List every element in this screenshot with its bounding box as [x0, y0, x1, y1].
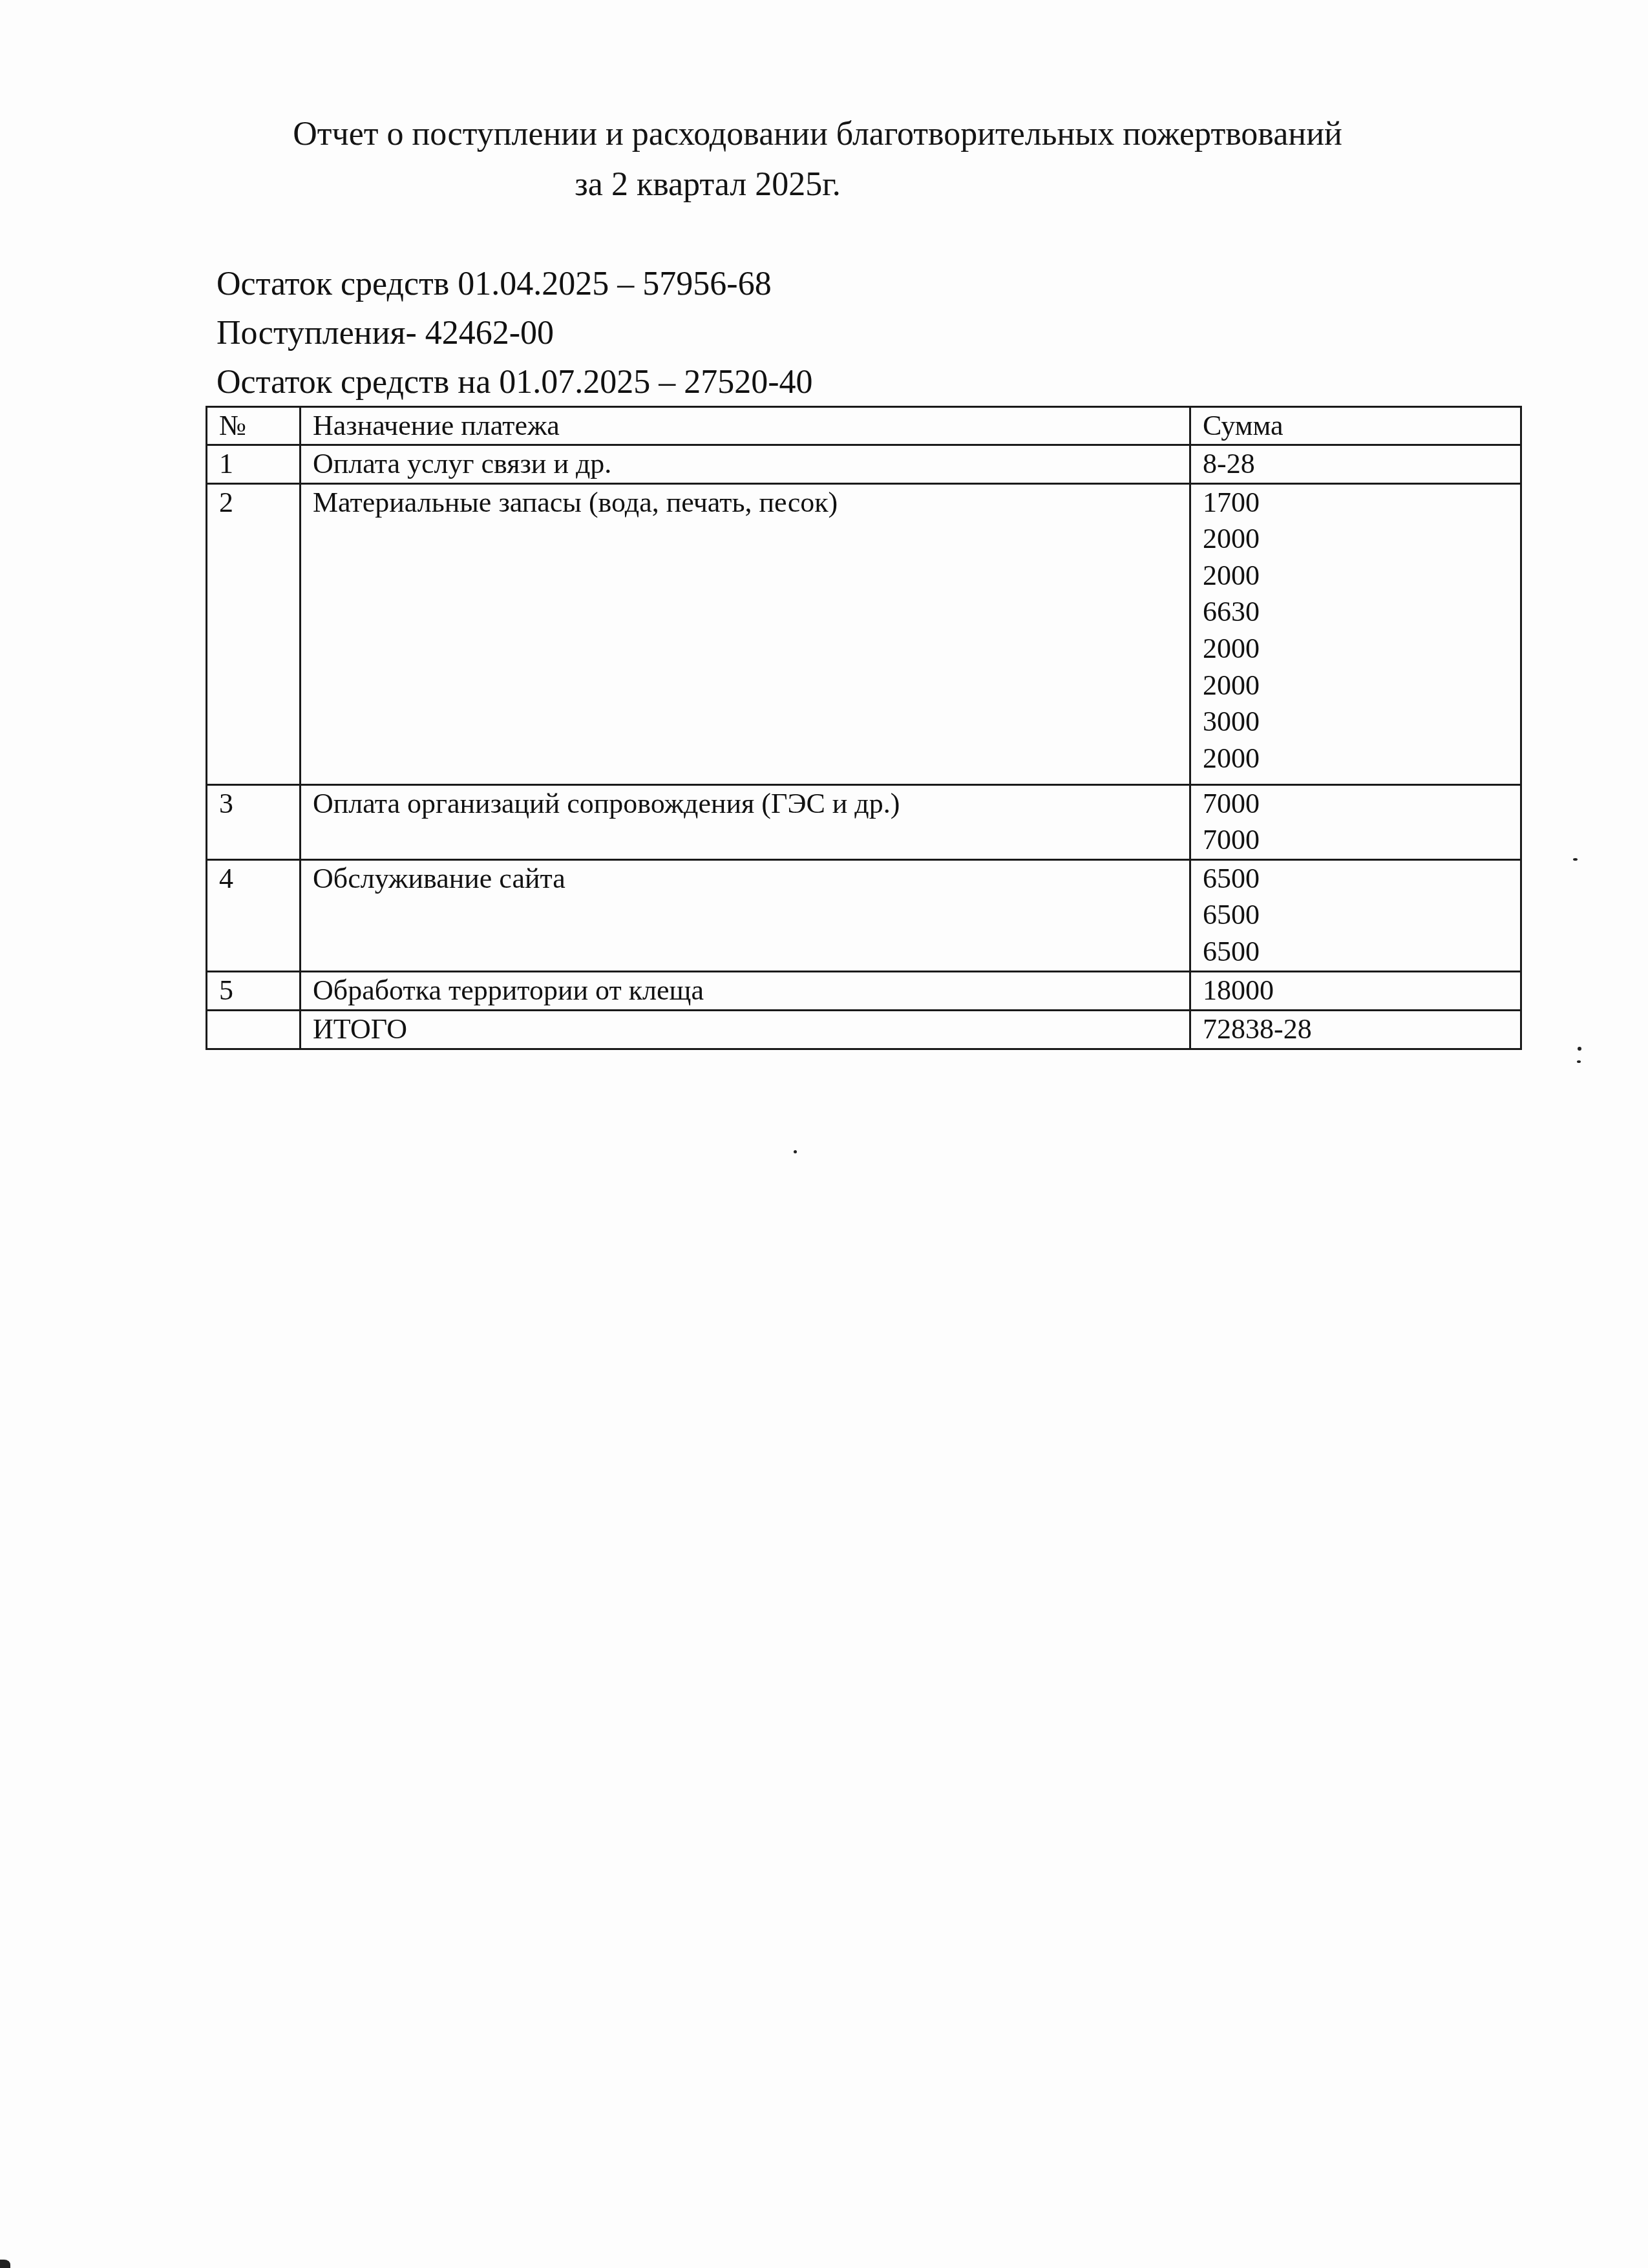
total-row: ИТОГО 72838-28 [207, 1010, 1521, 1049]
table-row: 3 Оплата организаций сопровождения (ГЭС … [207, 784, 1521, 859]
row-amounts: 18000 [1190, 971, 1521, 1010]
row-amounts: 8-28 [1190, 445, 1521, 484]
amount: 8-28 [1203, 446, 1520, 483]
row-purpose: Обработка территории от клеща [301, 971, 1190, 1010]
row-purpose: Обслуживание сайта [301, 859, 1190, 971]
table-header-row: № Назначение платежа Сумма [207, 407, 1521, 445]
amount: 7000 [1203, 786, 1520, 823]
scan-speck [794, 1150, 797, 1153]
report-period: за 2 квартал 2025г. [259, 165, 1157, 204]
amount: 6630 [1203, 594, 1520, 631]
total-value: 72838-28 [1190, 1010, 1521, 1049]
row-amounts: 1700 2000 2000 6630 2000 2000 3000 2000 [1190, 483, 1521, 784]
total-label: ИТОГО [301, 1010, 1190, 1049]
opening-balance: Остаток средств 01.04.2025 – 57956-68 [217, 265, 772, 304]
amount: 2000 [1203, 740, 1520, 777]
header-no: № [207, 407, 301, 445]
table-row: 2 Материальные запасы (вода, печать, пес… [207, 483, 1521, 784]
amount: 2000 [1203, 521, 1520, 558]
header-amount: Сумма [1190, 407, 1521, 445]
table-row: 5 Обработка территории от клеща 18000 [207, 971, 1521, 1010]
row-no: 5 [207, 971, 301, 1010]
row-purpose: Материальные запасы (вода, печать, песок… [301, 483, 1190, 784]
header-purpose: Назначение платежа [301, 407, 1190, 445]
scan-speck [1573, 858, 1578, 861]
total-empty-cell [207, 1010, 301, 1049]
amount: 3000 [1203, 704, 1520, 740]
table-row: 1 Оплата услуг связи и др. 8-28 [207, 445, 1521, 484]
row-no: 3 [207, 784, 301, 859]
amount: 7000 [1203, 822, 1520, 859]
amount: 18000 [1203, 972, 1520, 1009]
scan-speck [1577, 1060, 1581, 1063]
row-no: 2 [207, 483, 301, 784]
amount: 6500 [1203, 861, 1520, 898]
row-amounts: 6500 6500 6500 [1190, 859, 1521, 971]
scan-speck [1578, 1047, 1581, 1051]
amount: 2000 [1203, 631, 1520, 667]
row-purpose: Оплата услуг связи и др. [301, 445, 1190, 484]
row-no: 4 [207, 859, 301, 971]
scan-speck [0, 2260, 10, 2268]
amount: 6500 [1203, 934, 1520, 971]
expenses-table: № Назначение платежа Сумма 1 Оплата услу… [206, 406, 1522, 1050]
amount: 2000 [1203, 667, 1520, 704]
amount: 1700 [1203, 485, 1520, 521]
report-title: Отчет о поступлении и расходовании благо… [65, 115, 1570, 154]
row-no: 1 [207, 445, 301, 484]
row-purpose: Оплата организаций сопровождения (ГЭС и … [301, 784, 1190, 859]
receipts: Поступления- 42462-00 [217, 314, 554, 353]
closing-balance: Остаток средств на 01.07.2025 – 27520-40 [217, 363, 813, 402]
table-row: 4 Обслуживание сайта 6500 6500 6500 [207, 859, 1521, 971]
amount: 2000 [1203, 558, 1520, 594]
row-amounts: 7000 7000 [1190, 784, 1521, 859]
amount: 6500 [1203, 897, 1520, 934]
